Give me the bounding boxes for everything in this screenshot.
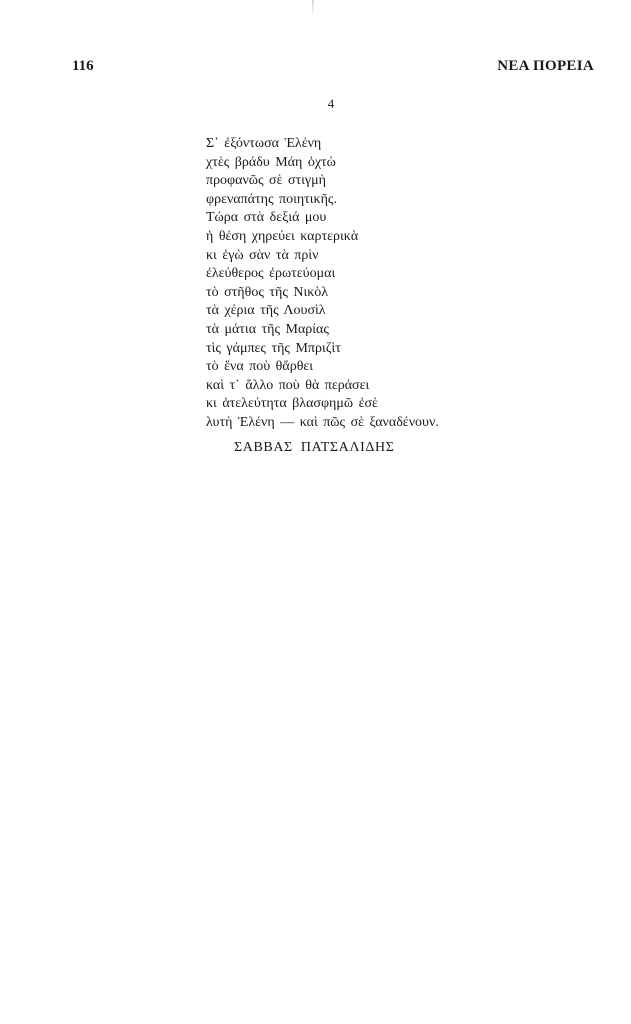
section-number: 4 <box>0 96 631 112</box>
poem-line: καὶ τ᾽ ἄλλο ποὺ θὰ περάσει <box>206 377 439 396</box>
running-head: 116 ΝΕΑ ΠΟΡΕΙΑ <box>72 58 594 82</box>
page-number: 116 <box>72 58 94 75</box>
poem-line: τὶς γάμπες τῆς Μπριζὶτ <box>206 340 439 359</box>
poem-line: κι ἐγὼ σὰν τὰ πρὶν <box>206 247 439 266</box>
poem-line: τὸ στῆθος τῆς Νικὸλ <box>206 284 439 303</box>
poem-line: τὸ ἕνα ποὺ θἄρθει <box>206 358 439 377</box>
poem: Σ᾽ ἐξόντωσα Ἑλένηχτὲς βράδυ Μάη ὀχτὼπροφ… <box>206 135 439 433</box>
poem-line: ἐλεύθερος ἐρωτεύομαι <box>206 265 439 284</box>
poem-line: κι ἀτελεύτητα βλασφημῶ ἐσὲ <box>206 395 439 414</box>
author-signature: ΣΑΒΒΑΣ ΠΑΤΣΑΛΙΔΗΣ <box>234 440 394 456</box>
poem-line: προφανῶς σὲ στιγμὴ <box>206 172 439 191</box>
poem-line: λυτὴ Ἑλένη — καὶ πῶς σὲ ξαναδένουν. <box>206 414 439 433</box>
poem-line: Τώρα στὰ δεξιά μου <box>206 209 439 228</box>
poem-line: Σ᾽ ἐξόντωσα Ἑλένη <box>206 135 439 154</box>
poem-line: τὰ μάτια τῆς Μαρίας <box>206 321 439 340</box>
scan-artifact <box>312 0 314 14</box>
poem-line: χτὲς βράδυ Μάη ὀχτὼ <box>206 154 439 173</box>
journal-title: ΝΕΑ ΠΟΡΕΙΑ <box>497 58 594 75</box>
poem-line: ἡ θέση χηρεύει καρτερικὰ <box>206 228 439 247</box>
poem-line: τὰ χέρια τῆς Λουσὶλ <box>206 302 439 321</box>
poem-line: φρεναπάτης ποιητικῆς. <box>206 191 439 210</box>
